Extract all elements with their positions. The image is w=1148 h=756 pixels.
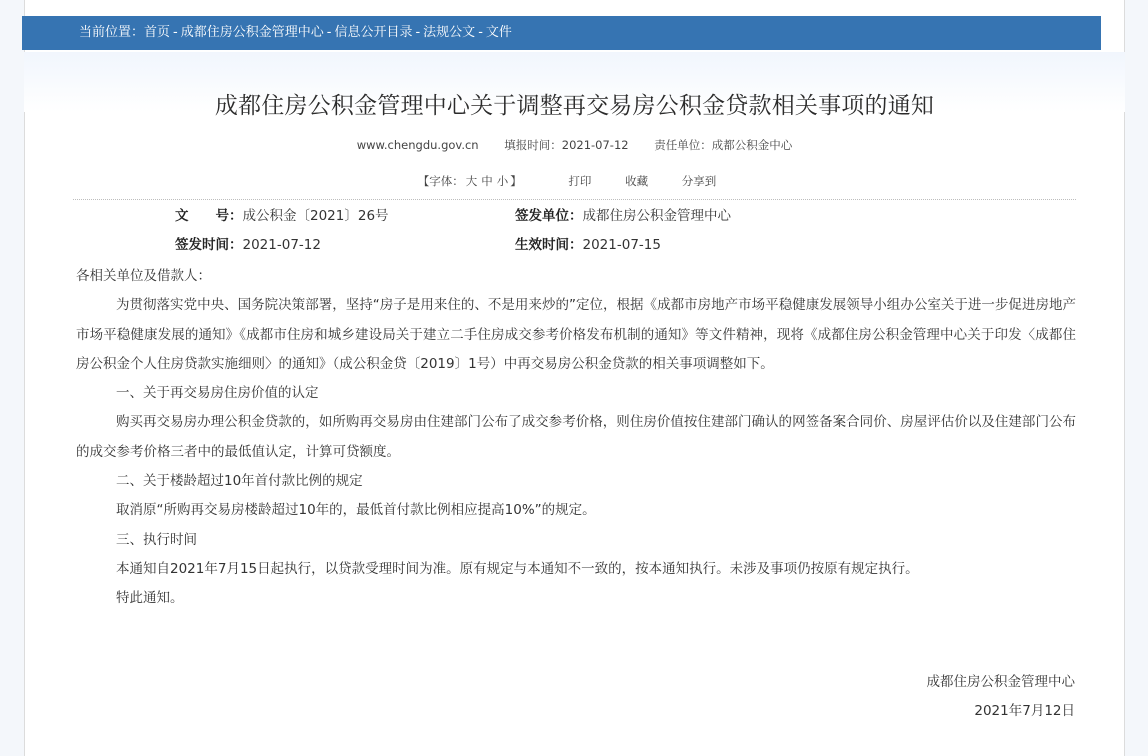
breadcrumb-center[interactable]: 成都住房公积金管理中心 [181,25,324,40]
signature-org: 成都住房公积金管理中心 [927,668,1076,697]
issue-date-value: 2021-07-12 [243,237,321,253]
breadcrumb-regulations[interactable]: 法规公文 [423,25,475,40]
font-large-button[interactable]: 大 [466,174,478,188]
section-3-paragraph: 本通知自2021年7月15日起执行，以贷款受理时间为准。原有规定与本通知不一致的… [76,555,1076,584]
section-2-paragraph: 取消原“所购再交易房楼龄超过10年的，最低首付款比例相应提高10%”的规定。 [76,496,1076,525]
font-medium-button[interactable]: 中 [481,174,493,188]
responsible-unit: 责任单位：成都公积金中心 [654,138,792,152]
breadcrumb-separator: - [475,25,486,40]
section-2-heading: 二、关于楼龄超过10年首付款比例的规定 [76,467,1076,496]
signature-block: 成都住房公积金管理中心 2021年7月12日 [927,668,1076,726]
breadcrumb-documents[interactable]: 文件 [486,25,512,40]
print-button[interactable]: 打印 [568,174,591,188]
doc-number-row: 文 号：成公积金〔2021〕26号 [175,205,389,227]
closing-line: 特此通知。 [76,584,1076,613]
breadcrumb-home[interactable]: 首页 [144,25,170,40]
effective-date-label: 生效时间： [515,237,583,253]
breadcrumb: 当前位置：首页-成都住房公积金管理中心-信息公开目录-法规公文-文件 [22,16,1101,50]
doc-number-label: 文 号： [175,208,243,224]
breadcrumb-catalog[interactable]: 信息公开目录 [334,25,412,40]
font-size-label: 【字体： [418,174,464,188]
issue-date-row: 签发时间：2021-07-12 [175,234,321,256]
section-1-heading: 一、关于再交易房住房价值的认定 [76,379,1076,408]
share-button[interactable]: 分享到 [682,174,717,188]
article-title: 成都住房公积金管理中心关于调整再交易房公积金贷款相关事项的通知 [24,88,1125,124]
font-size-switcher: 【字体：大中小】 [418,174,522,188]
salutation: 各相关单位及借款人： [76,262,1076,291]
section-3-heading: 三、执行时间 [76,526,1076,555]
issuer-label: 签发单位： [515,208,583,224]
intro-paragraph: 为贯彻落实党中央、国务院决策部署，坚持“房子是用来住的、不是用来炒的”定位，根据… [76,291,1076,379]
breadcrumb-prefix: 当前位置： [79,25,144,40]
signature-date: 2021年7月12日 [927,697,1076,726]
favorite-button[interactable]: 收藏 [625,174,648,188]
breadcrumb-separator: - [324,25,335,40]
article-body: 各相关单位及借款人： 为贯彻落实党中央、国务院决策部署，坚持“房子是用来住的、不… [76,262,1076,614]
issuer-value: 成都住房公积金管理中心 [583,208,732,224]
issue-date-label: 签发时间： [175,237,243,253]
issuer-row: 签发单位：成都住房公积金管理中心 [515,205,731,227]
breadcrumb-separator: - [412,25,423,40]
breadcrumb-separator: - [170,25,181,40]
effective-date-row: 生效时间：2021-07-15 [515,234,661,256]
effective-date-value: 2021-07-15 [583,237,661,253]
font-size-bracket: 】 [510,174,522,188]
article-tools: 【字体：大中小】 打印 收藏 分享到 [24,172,1125,190]
fill-time: 填报时间：2021-07-12 [504,138,628,152]
article-meta: www.chengdu.gov.cn 填报时间：2021-07-12 责任单位：… [24,136,1125,154]
font-small-button[interactable]: 小 [497,174,509,188]
source-site: www.chengdu.gov.cn [357,138,479,152]
section-1-paragraph: 购买再交易房办理公积金贷款的，如所购再交易房由住建部门公布了成交参考价格，则住房… [76,408,1076,467]
dotted-divider [73,199,1076,200]
doc-number-value: 成公积金〔2021〕26号 [243,208,389,224]
